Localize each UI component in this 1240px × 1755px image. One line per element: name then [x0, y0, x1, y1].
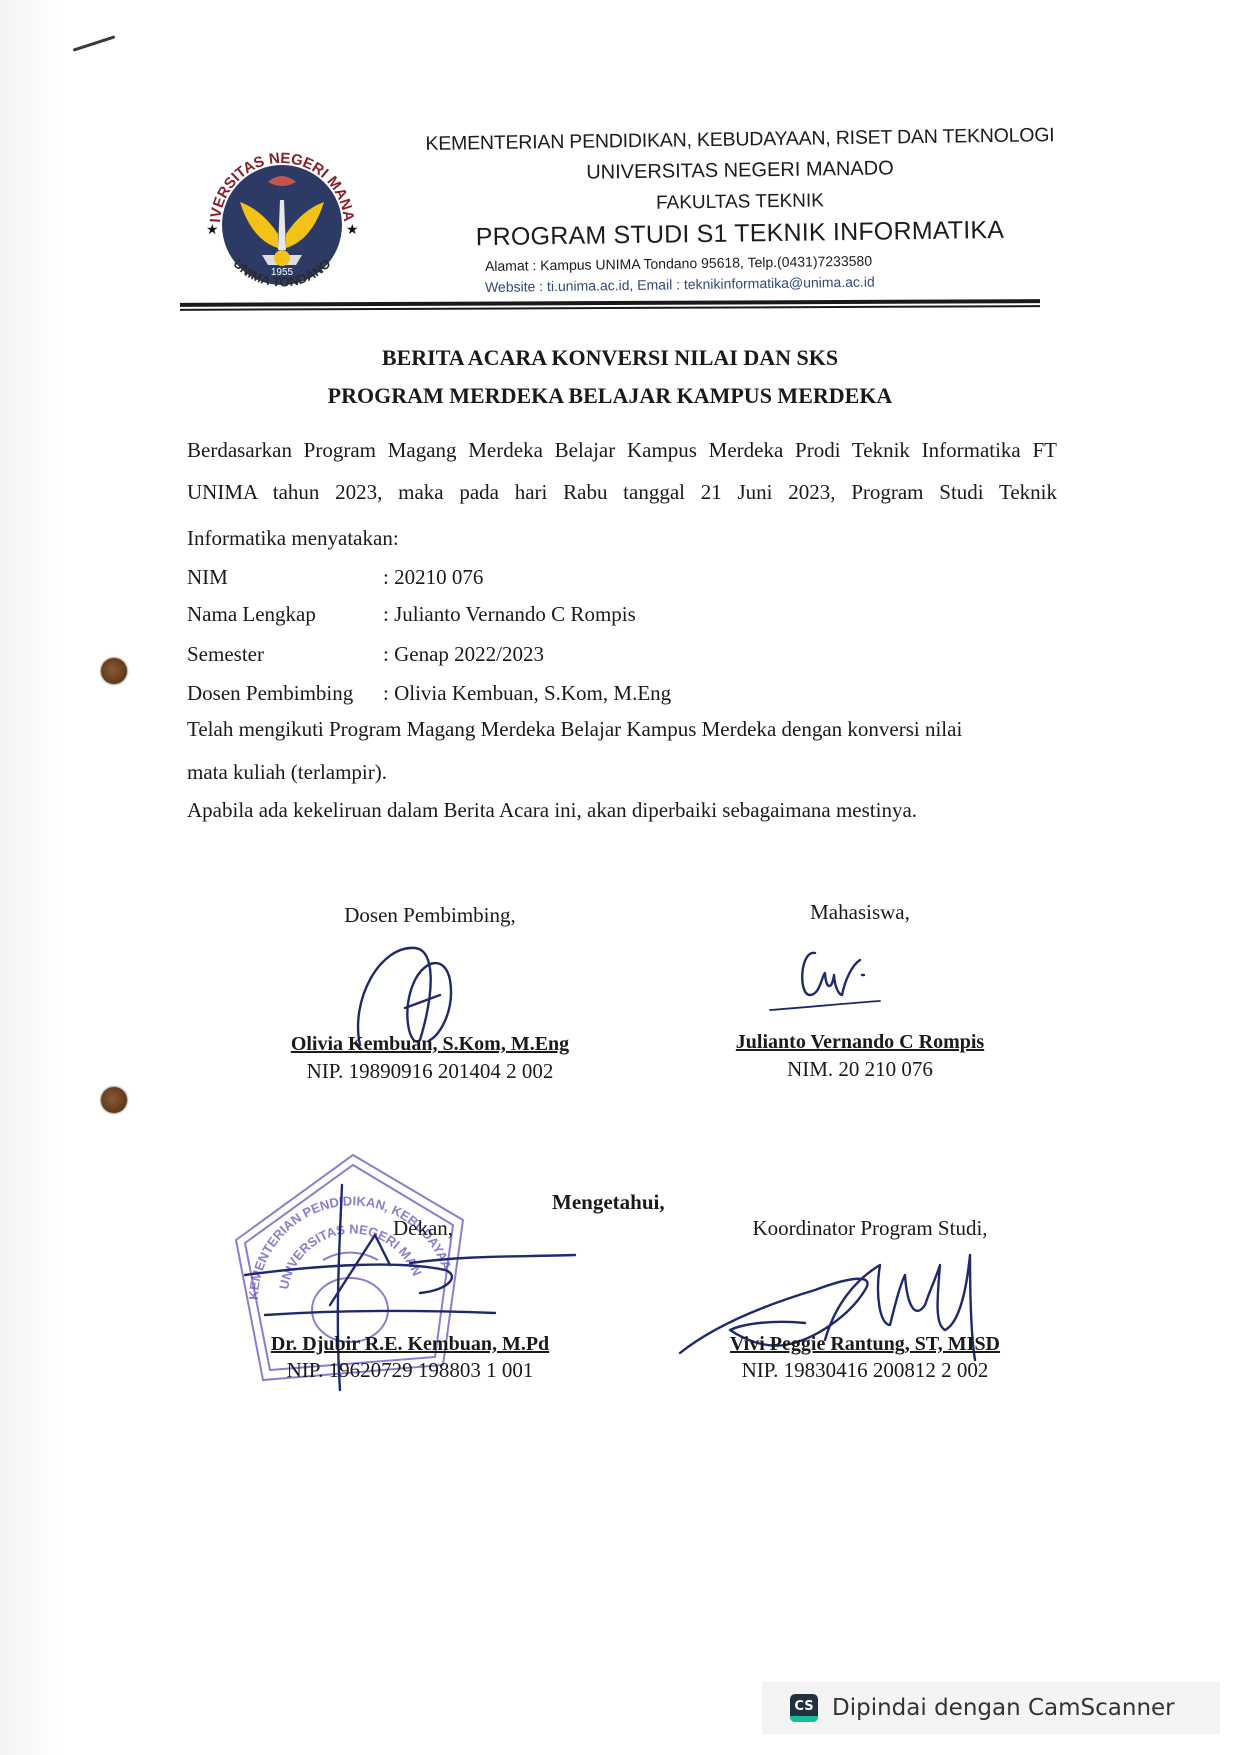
- document-title: BERITA ACARA KONVERSI NILAI DAN SKS: [180, 345, 1040, 371]
- coordinator-name: Vivi Peggie Rantung, ST, MISD: [680, 1333, 1050, 1356]
- scan-mark: [73, 35, 116, 51]
- field-label-semester: Semester: [187, 644, 264, 665]
- intro-line: UNIMA tahun 2023, maka pada hari Rabu ta…: [187, 482, 1057, 503]
- student-role: Mahasiswa,: [720, 900, 1000, 925]
- address: Alamat : Kampus UNIMA Tondano 95618, Tel…: [485, 249, 1125, 274]
- university-name: UNIVERSITAS NEGERI MANADO: [420, 155, 1060, 187]
- dean-nip: NIP. 19620729 198803 1 001: [220, 1358, 600, 1383]
- field-label-name: Nama Lengkap: [187, 604, 316, 625]
- camscanner-watermark: CS Dipindai dengan CamScanner: [762, 1682, 1220, 1734]
- punch-hole-bottom: [101, 1087, 127, 1113]
- intro-line: Berdasarkan Program Magang Merdeka Belaj…: [187, 440, 1057, 461]
- advisor-nip: NIP. 19890916 201404 2 002: [240, 1059, 620, 1084]
- field-value-advisor: : Olivia Kembuan, S.Kom, M.Eng: [383, 683, 671, 704]
- university-logo-icon: UNIVERSITAS NEGERI MANADO UNIMA TONDANO …: [192, 130, 372, 300]
- field-value-nim: : 20210 076: [383, 567, 483, 588]
- coordinator-role: Koordinator Program Studi,: [700, 1216, 1040, 1241]
- svg-text:1955: 1955: [271, 267, 294, 278]
- punch-hole-top: [101, 658, 127, 684]
- statement-line: mata kuliah (terlampir).: [187, 762, 387, 783]
- camscanner-logo-icon: CS: [790, 1694, 818, 1722]
- closing-statement: Apabila ada kekeliruan dalam Berita Acar…: [187, 800, 917, 821]
- field-value-semester: : Genap 2022/2023: [383, 644, 544, 665]
- ministry-name: KEMENTERIAN PENDIDIKAN, KEBUDAYAAN, RISE…: [420, 124, 1060, 156]
- svg-text:★: ★: [206, 223, 219, 238]
- student-nim: NIM. 20 210 076: [700, 1057, 1020, 1082]
- field-label-advisor: Dosen Pembimbing: [187, 683, 353, 704]
- svg-text:★: ★: [346, 223, 359, 238]
- field-label-nim: NIM: [187, 567, 228, 588]
- program-name: PROGRAM STUDI S1 TEKNIK INFORMATIKA: [420, 215, 1060, 253]
- statement-line: Telah mengikuti Program Magang Merdeka B…: [187, 719, 962, 740]
- document-subtitle: PROGRAM MERDEKA BELAJAR KAMPUS MERDEKA: [180, 383, 1040, 409]
- coordinator-nip: NIP. 19830416 200812 2 002: [680, 1358, 1050, 1383]
- field-value-name: : Julianto Vernando C Rompis: [383, 604, 636, 625]
- student-signature-icon: [770, 945, 920, 1015]
- contact-info: Website : ti.unima.ac.id, Email : teknik…: [485, 270, 1125, 295]
- student-name: Julianto Vernando C Rompis: [700, 1031, 1020, 1054]
- faculty-name: FAKULTAS TEKNIK: [420, 187, 1060, 218]
- advisor-role: Dosen Pembimbing,: [280, 903, 580, 928]
- advisor-name: Olivia Kembuan, S.Kom, M.Eng: [240, 1033, 620, 1056]
- scan-edge-shadow: [0, 0, 60, 1755]
- camscanner-label: Dipindai dengan CamScanner: [832, 1695, 1175, 1721]
- intro-line: Informatika menyatakan:: [187, 528, 1057, 549]
- dean-name: Dr. Djubir R.E. Kembuan, M.Pd: [220, 1333, 600, 1356]
